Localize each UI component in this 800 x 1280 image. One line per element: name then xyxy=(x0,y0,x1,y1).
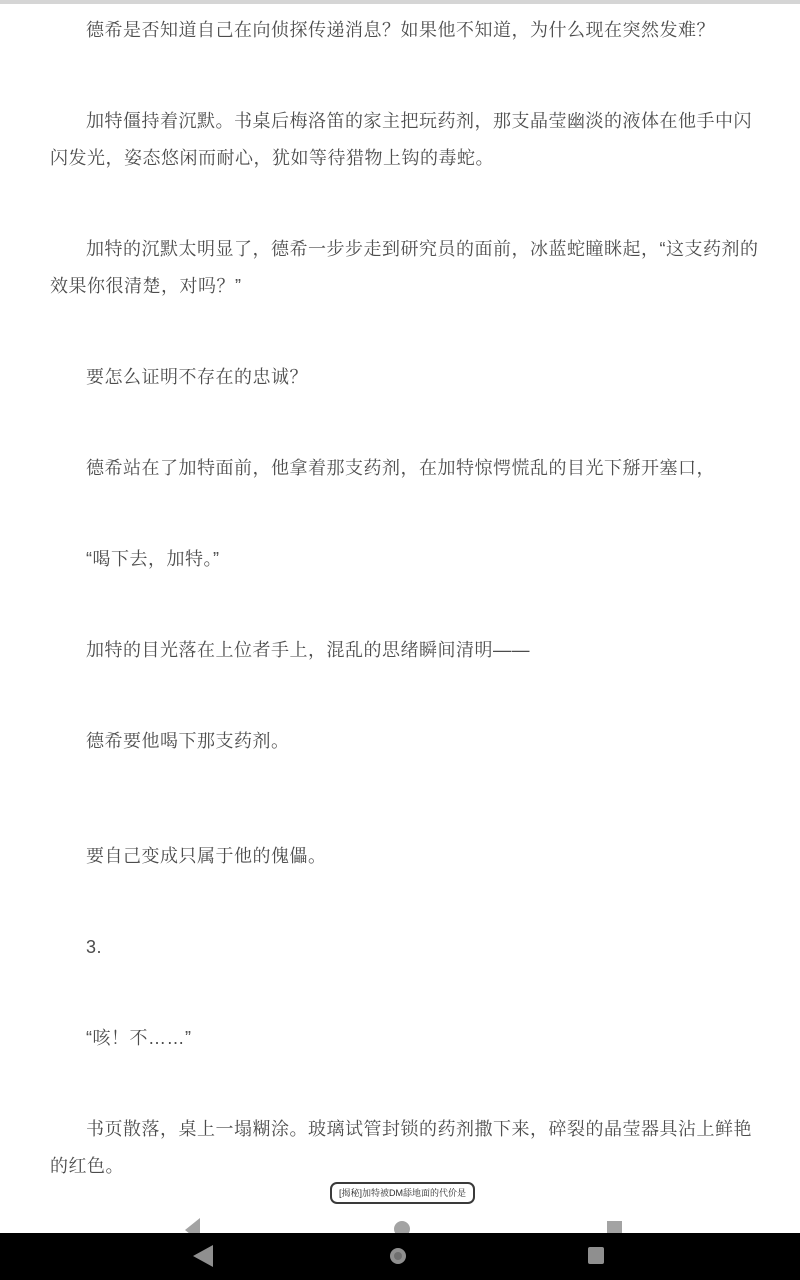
paragraph: 德希要他喝下那支药剂。 xyxy=(50,723,760,760)
home-icon[interactable] xyxy=(390,1248,406,1264)
paragraph: 要怎么证明不存在的忠诚？ xyxy=(50,359,760,396)
reader-screen: 德希是否知道自己在向侦探传递消息？如果他不知道，为什么现在突然发难？ 加特僵持着… xyxy=(0,0,800,1280)
paragraph: 德希站在了加特面前，他拿着那支药剂，在加特惊愕慌乱的目光下掰开塞口， xyxy=(50,450,760,487)
home-icon-inner-dot xyxy=(394,1252,402,1260)
reading-page: 德希是否知道自己在向侦探传递消息？如果他不知道，为什么现在突然发难？ 加特僵持着… xyxy=(0,0,800,1239)
home-icon-ghost xyxy=(394,1221,410,1233)
back-icon-ghost xyxy=(185,1218,200,1233)
paragraph: 加特僵持着沉默。书桌后梅洛笛的家主把玩药剂，那支晶莹幽淡的液体在他手中闪 闪发光… xyxy=(50,103,760,177)
paragraph: 要自己变成只属于他的傀儡。 xyxy=(50,838,760,875)
back-icon[interactable] xyxy=(193,1245,213,1267)
paragraph-dialogue: “喝下去，加特。” xyxy=(50,541,760,578)
paragraph: 加特的沉默太明显了，德希一步步走到研究员的面前，冰蓝蛇瞳眯起，“这支药剂的 效果… xyxy=(50,231,760,305)
paragraph-dialogue: “咳！不……” xyxy=(50,1020,760,1057)
teaser-pill-label: [揭秘]加特被DM舔地面的代价是 xyxy=(339,1189,466,1198)
android-navigation-bar xyxy=(0,1233,800,1280)
teaser-pill-button[interactable]: [揭秘]加特被DM舔地面的代价是 xyxy=(330,1182,475,1204)
paragraph: 加特的目光落在上位者手上，混乱的思绪瞬间清明—— xyxy=(50,632,760,669)
recents-icon[interactable] xyxy=(588,1247,604,1264)
paragraph: 德希是否知道自己在向侦探传递消息？如果他不知道，为什么现在突然发难？ xyxy=(50,12,760,49)
section-number: 3. xyxy=(50,929,760,966)
paragraph: 书页散落，桌上一塌糊涂。玻璃试管封锁的药剂撒下来，碎裂的晶莹器具沾上鲜艳 的红色… xyxy=(50,1111,760,1185)
recents-icon-ghost xyxy=(607,1221,622,1233)
nav-ghost-strip xyxy=(0,1204,800,1233)
